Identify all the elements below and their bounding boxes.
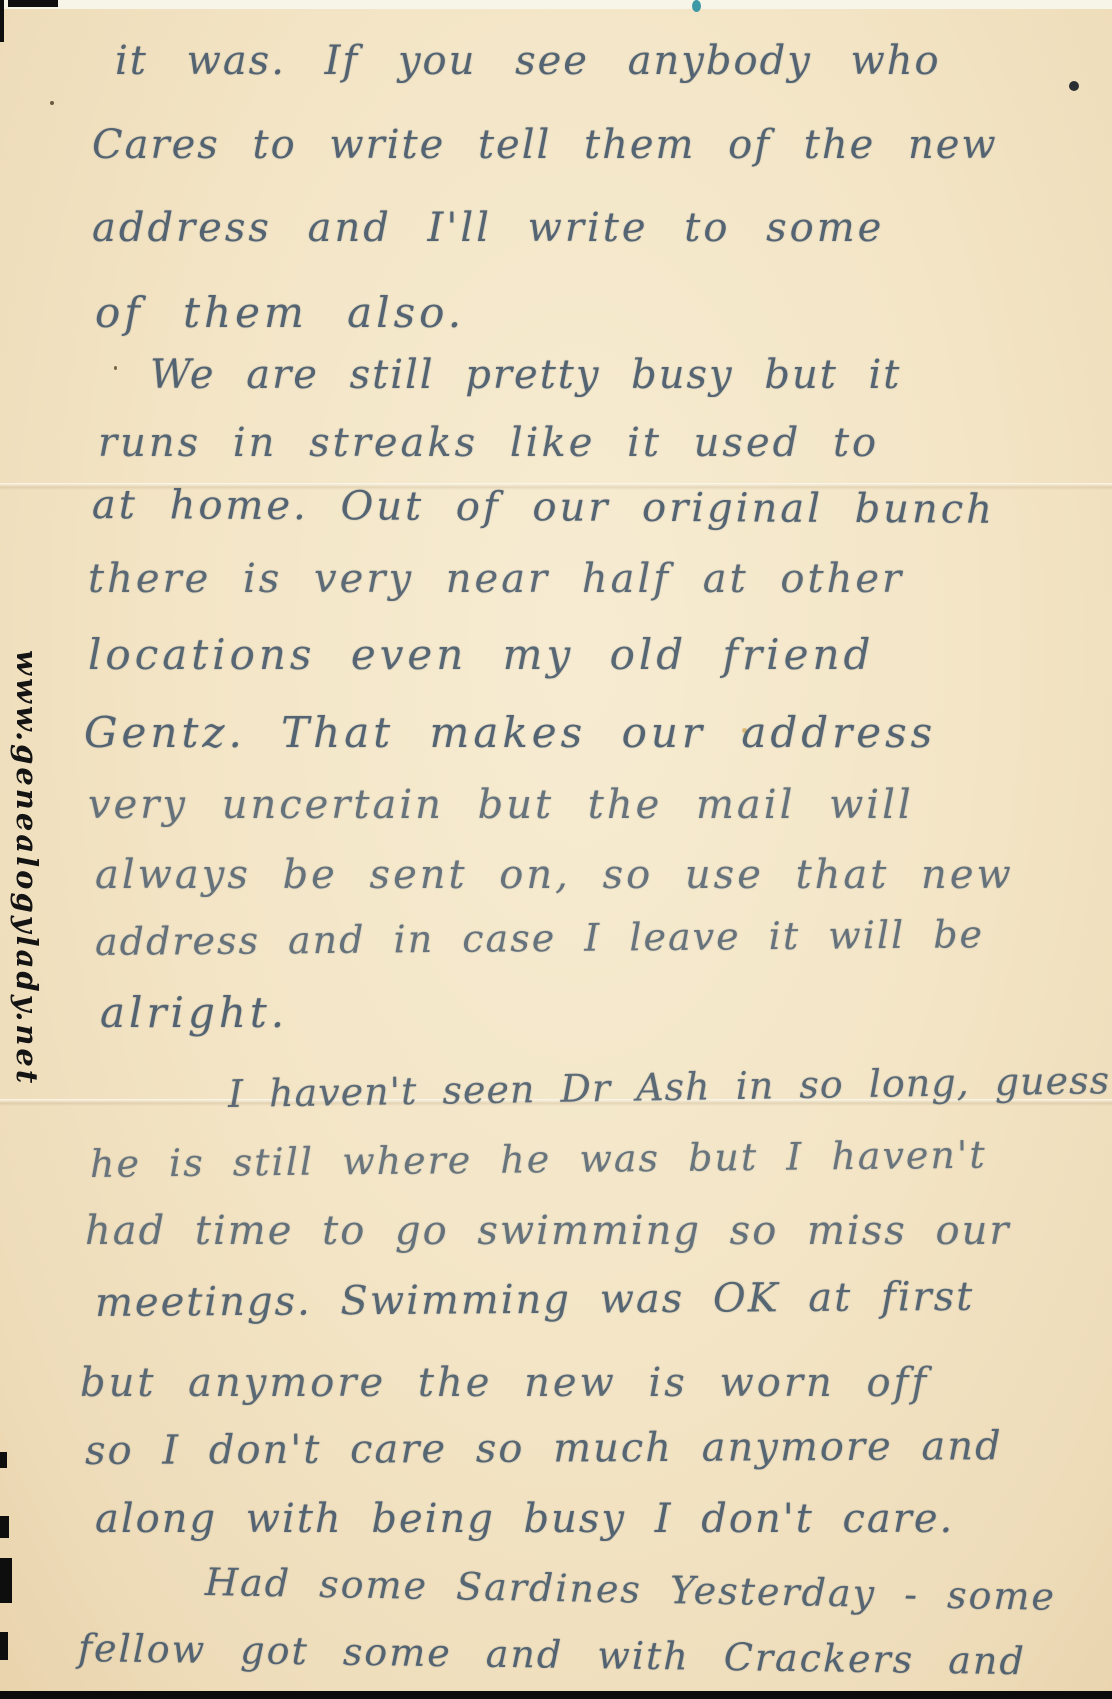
scan-artifact-left-4 [0,1632,8,1660]
handwritten-line-1: it was. If you see anybody who [115,38,941,84]
scan-artifact-left-3 [0,1558,12,1603]
scan-edge-top [0,0,1112,9]
letter-page: www.genealogylady.net it was. If you see… [0,0,1112,1699]
scan-artifact-left-strip [0,0,4,42]
handwritten-line-18: meetings. Swimming was OK at first [95,1274,975,1326]
handwritten-line-14: alright. [100,988,288,1037]
handwritten-line-8: there is very near half at other [88,556,904,602]
handwritten-line-22: Had some Sardines Yesterday - some [205,1560,1057,1619]
paper-speck-2 [114,366,117,370]
handwritten-line-2: Cares to write tell them of the new [92,122,998,168]
handwritten-line-23: fellow got some and with Crackers and [78,1626,1026,1683]
handwritten-line-5: We are still pretty busy but it [150,352,901,398]
scan-artifact-left-2 [0,1516,9,1538]
handwritten-line-20: so I don't care so much anymore and [85,1423,1003,1474]
watermark-text: www.genealogylady.net [10,650,44,1086]
handwritten-line-7: at home. Out of our original bunch [92,482,995,533]
handwritten-line-21: along with being busy I don't care. [95,1496,954,1542]
blue-ink-speck [692,0,701,12]
handwritten-line-3: address and I'll write to some [92,205,884,251]
handwritten-line-11: very uncertain but the mail will [88,782,914,828]
ink-blot [1069,81,1079,91]
scan-edge-bottom [0,1691,1112,1699]
handwritten-line-17: had time to go swimming so miss our [85,1208,1010,1254]
handwritten-line-10: Gentz. That makes our address [84,708,936,757]
handwritten-line-13: address and in case I leave it will be [95,912,984,964]
paper-speck-1 [50,101,54,105]
handwritten-line-19: but anymore the new is worn off [80,1360,929,1406]
handwritten-line-12: always be sent on, so use that new [95,852,1014,898]
handwritten-line-9: locations even my old friend [88,630,874,679]
handwritten-line-16: he is still where he was but I haven't [90,1133,987,1186]
scan-artifact-top-left [8,0,58,7]
handwritten-line-15: I haven't seen Dr Ash in so long, guess [228,1058,1111,1116]
scan-artifact-left-1 [0,1452,7,1468]
handwritten-line-6: runs in streaks like it used to [98,420,879,466]
handwritten-line-4: of them also. [95,288,465,337]
